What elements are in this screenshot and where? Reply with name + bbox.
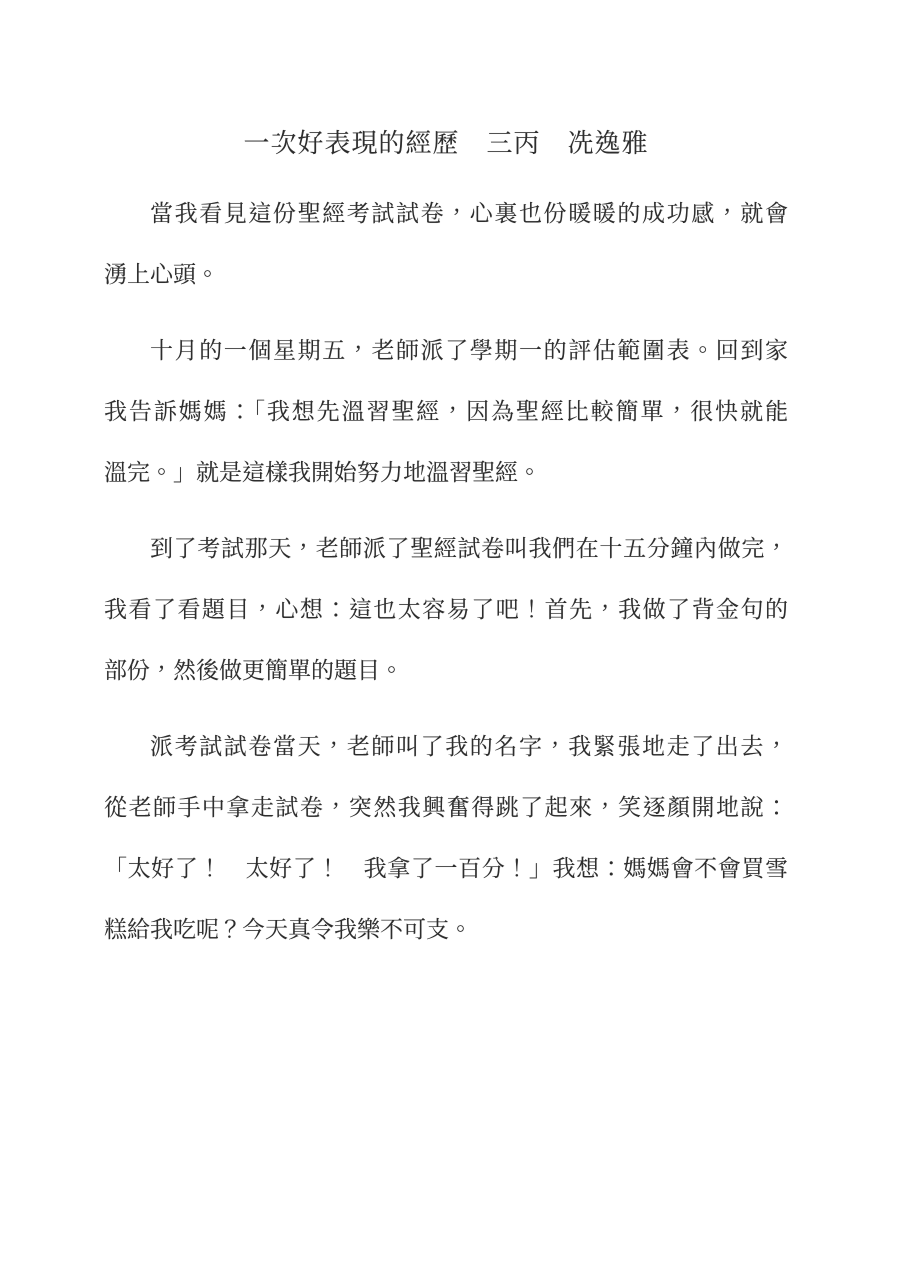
essay-line: 十月的一個星期五，老師派了學期一的評估範圍表。回到家 [104, 320, 788, 381]
essay-line: 我告訴媽媽：「我想先溫習聖經，因為聖經比較簡單，很快就能 [104, 381, 788, 442]
essay-line: 派考試試卷當天，老師叫了我的名字，我緊張地走了出去， [104, 716, 788, 777]
essay-line: 到了考試那天，老師派了聖經試卷叫我們在十五分鐘內做完， [104, 518, 788, 579]
essay-line: 溫完。」就是這樣我開始努力地溫習聖經。 [104, 442, 788, 503]
essay-line: 「太好了！ 太好了！ 我拿了一百分！」我想：媽媽會不會買雪 [104, 838, 788, 899]
scanned-essay-page: 一次好表現的經歷 三丙 冼逸雅 當我看見這份聖經考試試卷，心裏也份暖暖的成功感，… [0, 0, 905, 1280]
paragraph-4: 派考試試卷當天，老師叫了我的名字，我緊張地走了出去， 從老師手中拿走試卷，突然我… [104, 716, 788, 960]
essay-line: 湧上心頭。 [104, 244, 788, 305]
essay-line: 糕給我吃呢？今天真令我樂不可支。 [104, 899, 788, 960]
essay-line: 部份，然後做更簡單的題目。 [104, 640, 788, 701]
essay-title: 一次好表現的經歷 三丙 冼逸雅 [104, 113, 788, 174]
essay-content: 一次好表現的經歷 三丙 冼逸雅 當我看見這份聖經考試試卷，心裏也份暖暖的成功感，… [104, 0, 788, 960]
essay-line: 當我看見這份聖經考試試卷，心裏也份暖暖的成功感，就會 [104, 183, 788, 244]
essay-line: 我看了看題目，心想：這也太容易了吧！首先，我做了背金句的 [104, 579, 788, 640]
essay-line: 從老師手中拿走試卷，突然我興奮得跳了起來，笑逐顏開地說： [104, 777, 788, 838]
paragraph-2: 十月的一個星期五，老師派了學期一的評估範圍表。回到家 我告訴媽媽：「我想先溫習聖… [104, 320, 788, 503]
paragraph-3: 到了考試那天，老師派了聖經試卷叫我們在十五分鐘內做完， 我看了看題目，心想：這也… [104, 518, 788, 701]
paragraph-1: 當我看見這份聖經考試試卷，心裏也份暖暖的成功感，就會 湧上心頭。 [104, 183, 788, 305]
